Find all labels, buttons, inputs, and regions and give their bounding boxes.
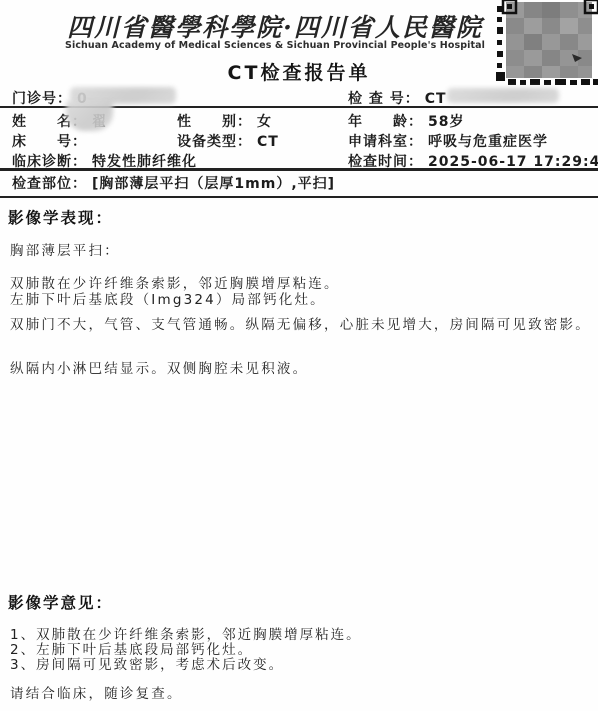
field-age: 年 龄：58岁 xyxy=(348,111,464,131)
field-bed-no: 床 号： xyxy=(12,131,92,151)
impression-item-2: 2、左肺下叶后基底段局部钙化灶。 xyxy=(10,643,592,658)
divider-line-bottom xyxy=(0,196,598,198)
gender-label: 性 别： xyxy=(177,114,252,130)
request-dept-label: 申请科室： xyxy=(348,134,423,150)
bed-no-label: 床 号： xyxy=(12,134,87,150)
field-device-type: 设备类型：CT xyxy=(177,131,279,151)
impression-item-1: 1、双肺散在少许纤维条索影，邻近胸膜增厚粘连。 xyxy=(10,628,592,643)
outpatient-no-label: 门诊号： xyxy=(12,91,72,107)
request-dept-value: 呼吸与危重症医学 xyxy=(428,131,592,151)
findings-paragraph-hilum: 双肺门不大，气管、支气管通畅。纵隔无偏移，心脏未见增大，房间隔可见致密影。 xyxy=(10,318,592,334)
impression-item-3: 3、房间隔可见致密影，考虑术后改变。 xyxy=(10,658,592,673)
follow-up-note: 请结合临床，随诊复查。 xyxy=(10,687,592,703)
exam-no-label: 检 查 号： xyxy=(348,91,420,107)
findings-heading: 影像学表现： xyxy=(8,206,113,228)
impression-heading: 影像学意见： xyxy=(8,591,113,613)
hospital-name-en: Sichuan Academy of Medical Sciences & Si… xyxy=(40,40,510,51)
field-exam-no: 检 查 号：CT xyxy=(348,88,447,108)
age-value: 58岁 xyxy=(428,114,464,130)
findings-paragraph-fibrosis: 双肺散在少许纤维条索影，邻近胸膜增厚粘连。 左肺下叶后基底段（Img324）局部… xyxy=(10,277,592,308)
redaction-exam-no xyxy=(447,88,559,103)
exam-site-label: 检查部位： xyxy=(12,176,87,192)
report-title: CT检查报告单 xyxy=(0,58,598,85)
exam-site-value: [胸部薄层平扫（层厚1mm）,平扫] xyxy=(92,176,335,192)
gender-value: 女 xyxy=(257,114,272,130)
redaction-name xyxy=(66,101,113,131)
ct-report-page: 四川省醫學科學院·四川省人民醫院 Sichuan Academy of Medi… xyxy=(0,0,598,711)
field-gender: 性 别：女 xyxy=(177,111,272,131)
age-label: 年 龄： xyxy=(348,114,423,130)
hospital-name-zh: 四川省醫學科學院·四川省人民醫院 xyxy=(40,8,510,44)
divider-line-middle xyxy=(0,168,598,171)
device-type-value: CT xyxy=(257,134,279,150)
field-request-dept: 申请科室：呼吸与危重症医学 xyxy=(348,131,592,151)
findings-paragraph-lymph-nodes: 纵隔内小淋巴结显示。双侧胸腔未见积液。 xyxy=(10,362,592,378)
findings-paragraph-scan-type: 胸部薄层平扫： xyxy=(10,244,592,260)
device-type-label: 设备类型： xyxy=(177,134,252,150)
exam-no-value: CT xyxy=(425,91,447,107)
field-exam-site: 检查部位：[胸部薄层平扫（层厚1mm）,平扫] xyxy=(12,173,335,193)
impression-list: 1、双肺散在少许纤维条索影，邻近胸膜增厚粘连。 2、左肺下叶后基底段局部钙化灶。… xyxy=(10,628,592,673)
